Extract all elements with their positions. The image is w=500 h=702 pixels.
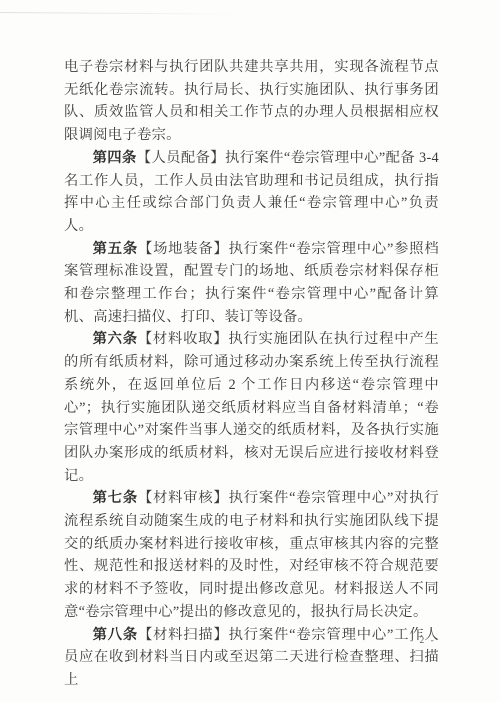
- paragraph-article-8: 第八条【材料扫描】执行案件“卷宗管理中心”工作人员应在收到材料当日内或至迟第二天…: [64, 624, 439, 692]
- article-6-number: 第六条: [93, 331, 138, 347]
- paragraph-article-5: 第五条【场地装备】执行案件“卷宗管理中心”参照档案管理标准设置，配置专门的场地、…: [64, 238, 439, 329]
- article-8-label: 【材料扫描】: [138, 627, 229, 643]
- scan-edge-artifact: [0, 12, 240, 15]
- article-7-label: 【材料审核】: [138, 490, 229, 506]
- intro-text: 电子卷宗材料与执行团队共建共享共用，实现各流程节点无纸化卷宗流转。执行局长、执行…: [64, 59, 439, 143]
- document-body: 电子卷宗材料与执行团队共建共享共用，实现各流程节点无纸化卷宗流转。执行局长、执行…: [64, 56, 439, 692]
- article-7-body: 执行案件“卷宗管理中心”对执行流程系统自动随案生成的电子材料和执行实施团队线下提…: [64, 490, 439, 620]
- paragraph-article-4: 第四条【人员配备】执行案件“卷宗管理中心”配备 3-4 名工作人员，工作人员由法…: [64, 147, 439, 238]
- paragraph-article-7: 第七条【材料审核】执行案件“卷宗管理中心”对执行流程系统自动随案生成的电子材料和…: [64, 487, 439, 623]
- article-8-number: 第八条: [93, 627, 138, 643]
- article-5-label: 【场地装备】: [138, 241, 229, 257]
- article-6-body: 执行实施团队在执行过程中产生的所有纸质材料，除可通过移动办案系统上传至执行流程系…: [64, 331, 439, 483]
- article-4-number: 第四条: [93, 150, 137, 166]
- page-number: - 2 -: [410, 636, 436, 646]
- article-5-number: 第五条: [93, 241, 138, 257]
- scanned-document-page: 电子卷宗材料与执行团队共建共享共用，实现各流程节点无纸化卷宗流转。执行局长、执行…: [0, 0, 500, 702]
- article-4-label: 【人员配备】: [137, 150, 225, 166]
- paragraph-intro-continuation: 电子卷宗材料与执行团队共建共享共用，实现各流程节点无纸化卷宗流转。执行局长、执行…: [64, 56, 439, 147]
- paragraph-article-6: 第六条【材料收取】执行实施团队在执行过程中产生的所有纸质材料，除可通过移动办案系…: [64, 328, 439, 487]
- article-6-label: 【材料收取】: [138, 331, 229, 347]
- article-7-number: 第七条: [93, 490, 138, 506]
